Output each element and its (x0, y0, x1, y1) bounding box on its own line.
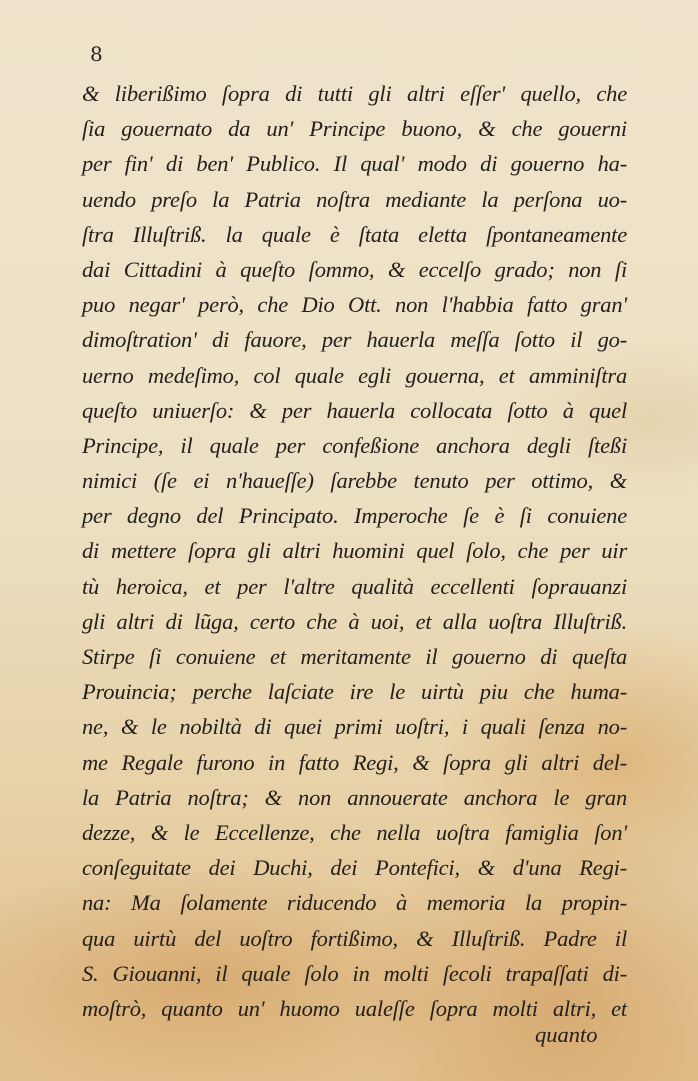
text-line: nimici (ſe ei n'haueſſe) ſarebbe tenuto … (82, 463, 627, 498)
text-line: puo negar' però, che Dio Ott. non l'habb… (82, 287, 627, 322)
text-line: & liberißimo ſopra di tutti gli altri eſ… (82, 76, 627, 111)
text-line: la Patria noſtra; & non annouerate ancho… (82, 780, 627, 815)
text-line: dimoſtration' di fauore, per hauerla meſ… (82, 322, 627, 357)
text-line: per degno del Principato. Imperoche ſe è… (82, 498, 627, 533)
text-line: moſtrò, quanto un' huomo ualeſſe ſopra m… (82, 991, 627, 1026)
text-line: Stirpe ſi conuiene et meritamente il gou… (82, 639, 627, 674)
body-text: & liberißimo ſopra di tutti gli altri eſ… (82, 76, 627, 1026)
book-page: 8 & liberißimo ſopra di tutti gli altri … (0, 0, 698, 1081)
text-line: me Regale furono in fatto Regi, & ſopra … (82, 745, 627, 780)
text-line: na: Ma ſolamente riducendo à memoria la … (82, 885, 627, 920)
text-line: Prouincia; perche laſciate ire le uirtù … (82, 674, 627, 709)
text-line: ſia gouernato da un' Principe buono, & c… (82, 111, 627, 146)
text-line: queſto uniuerſo: & per hauerla collocata… (82, 393, 627, 428)
text-line: dezze, & le Eccellenze, che nella uoſtra… (82, 815, 627, 850)
text-line: gli altri di lũga, certo che à uoi, et a… (82, 604, 627, 639)
text-line: ſtra Illuſtriß. la quale è ſtata eletta … (82, 217, 627, 252)
text-line: conſeguitate dei Duchi, dei Pontefici, &… (82, 850, 627, 885)
text-line: qua uirtù del uoſtro fortißimo, & Illuſt… (82, 921, 627, 956)
text-line: uendo preſo la Patria noſtra mediante la… (82, 182, 627, 217)
page-number: 8 (90, 42, 103, 66)
catchword: quanto (535, 1022, 598, 1048)
text-line: ne, & le nobiltà di quei primi uoſtri, i… (82, 709, 627, 744)
text-line: Principe, il quale per confeßione anchor… (82, 428, 627, 463)
text-line: tù heroica, et per l'altre qualità eccel… (82, 569, 627, 604)
text-line: dai Cittadini à queſto ſommo, & eccelſo … (82, 252, 627, 287)
text-line: per fin' di ben' Publico. Il qual' modo … (82, 146, 627, 181)
text-line: S. Giouanni, il quale ſolo in molti ſeco… (82, 956, 627, 991)
text-line: di mettere ſopra gli altri huomini quel … (82, 533, 627, 568)
text-line: uerno medeſimo, col quale egli gouerna, … (82, 358, 627, 393)
